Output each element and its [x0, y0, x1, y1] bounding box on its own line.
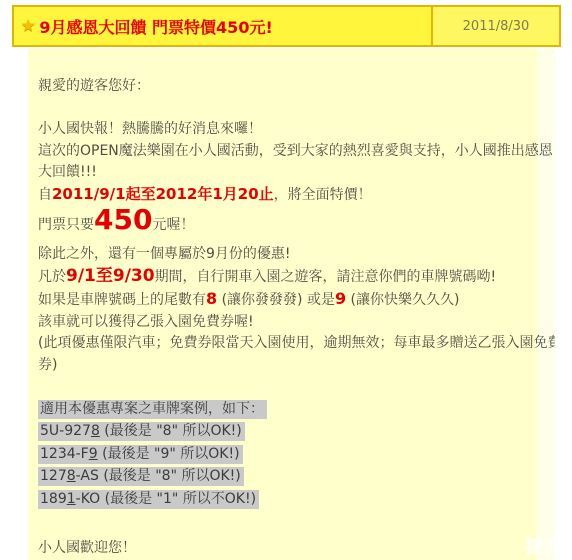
news-text-1: 小人國快報！熱騰騰的好消息來囉！	[38, 121, 262, 137]
plate-example-1: 5U-9278 (最後是 "8" 所以OK!)	[38, 422, 245, 441]
news-text-2a: 這次的OPEN魔法樂園在小人國活動，受到大家的熱烈喜愛與支持，小人國推出感恩	[38, 143, 553, 159]
plate-underlined-digit: 8	[67, 468, 76, 484]
examples-title-line: 適用本優惠專案之車牌案例，如下：	[38, 398, 541, 421]
lucky-digit-9: 9	[335, 289, 346, 308]
plate-underlined-digit: 9	[89, 446, 98, 462]
examples-title: 適用本優惠專案之車牌案例，如下：	[38, 400, 267, 419]
news-text-2b: 大回饋!!!	[38, 164, 97, 180]
news-line-2a: 這次的OPEN魔法樂園在小人國活動，受到大家的熱烈喜愛與支持，小人國推出感恩	[38, 141, 541, 163]
news-line-2b: 大回饋!!!	[38, 162, 541, 184]
promo-3-a: 如果是車牌號碼上的尾數有	[38, 292, 206, 308]
plate-text: 189	[40, 491, 67, 507]
star-icon: ★	[21, 18, 35, 34]
promo-line-2: 凡於9/1至9/30期間，自行開車入園之遊客，請注意你們的車牌號碼呦!	[38, 266, 541, 289]
plate-example-row: 1234-F9 (最後是 "9" 所以OK!)	[38, 443, 541, 466]
promo-3-c: (讓你快樂久久久)	[346, 292, 459, 308]
blank-line	[38, 98, 541, 120]
promo-line-1: 除此之外，還有一個專屬於9月份的優惠!	[38, 244, 541, 266]
plate-text: 127	[40, 468, 67, 484]
spacer	[38, 510, 541, 538]
period-suffix: ，將全面特價！	[274, 187, 372, 203]
note-text-1: (此項優惠僅限汽車；免費券限當天入園使用，逾期無效；每車最多贈送乙張入園免費	[38, 335, 555, 351]
plate-text: -KO	[76, 491, 101, 507]
promo-3-b: (讓你發發發) 或是	[217, 292, 335, 308]
plate-underlined-digit: 1	[67, 491, 76, 507]
note-text-2: 券)	[38, 357, 57, 373]
note-line-1: (此項優惠僅限汽車；免費券限當天入園使用，逾期無效；每車最多贈送乙張入園免費	[38, 333, 541, 355]
closing-line: 小人國歡迎您！	[38, 538, 541, 560]
plate-example-row: 5U-9278 (最後是 "8" 所以OK!)	[38, 420, 541, 443]
plate-example-row: 1891-KO (最後是 "1" 所以不OK!)	[38, 488, 541, 511]
note-line-2: 券)	[38, 355, 541, 377]
price-value: 450	[94, 206, 152, 234]
plate-example-row: 1278-AS (最後是 "8" 所以OK!)	[38, 465, 541, 488]
announcement-page: ★ 9月感恩大回饋 門票特價450元! 2011/8/30 親愛的遊客您好： 小…	[0, 0, 572, 560]
news-line-1: 小人國快報！熱騰騰的好消息來囉！	[38, 119, 541, 141]
price-line: 門票只要450元喔！	[38, 206, 541, 240]
plate-text: 5U-927	[40, 423, 91, 439]
plate-text: -AS	[76, 468, 99, 484]
plate-underlined-digit: 8	[91, 423, 100, 439]
plate-note: (最後是 "1" 所以不OK!)	[100, 491, 256, 507]
period-red-range: 2011/9/1起至2012年1月20止	[52, 185, 274, 203]
promo-2-red-range: 9/1至9/30	[66, 266, 155, 286]
promo-line-3: 如果是車牌號碼上的尾數有8 (讓你發發發) 或是9 (讓你快樂久久久)	[38, 288, 541, 312]
header-title-area: ★ 9月感恩大回饋 門票特價450元!	[14, 7, 431, 45]
price-prefix: 門票只要	[38, 208, 94, 242]
price-suffix: 元喔！	[152, 208, 194, 242]
plate-example-3: 1278-AS (最後是 "8" 所以OK!)	[38, 467, 244, 486]
plate-note: (最後是 "8" 所以OK!)	[99, 468, 241, 484]
greeting-text: 親愛的遊客您好：	[38, 78, 150, 94]
plate-example-4: 1891-KO (最後是 "1" 所以不OK!)	[38, 490, 259, 509]
announcement-header-bar: ★ 9月感恩大回饋 門票特價450元! 2011/8/30	[12, 5, 561, 47]
watermark-text: 捷克	[525, 537, 555, 559]
announcement-body: 親愛的遊客您好： 小人國快報！熱騰騰的好消息來囉！ 這次的OPEN魔法樂園在小人…	[28, 49, 555, 560]
closing-text: 小人國歡迎您！	[38, 540, 136, 556]
lucky-digit-8: 8	[206, 289, 217, 308]
blank-line	[38, 376, 541, 398]
plate-note: (最後是 "8" 所以OK!)	[100, 423, 242, 439]
plate-text: 1234-F	[40, 446, 89, 462]
announcement-date-cell: 2011/8/30	[431, 7, 559, 45]
promo-text-4: 該車就可以獲得乙張入園免費券喔!	[38, 314, 254, 330]
plate-note: (最後是 "9" 所以OK!)	[98, 446, 240, 462]
promo-2-prefix: 凡於	[38, 269, 66, 285]
promo-text-1: 除此之外，還有一個專屬於9月份的優惠!	[38, 246, 291, 262]
promo-2-suffix: 期間，自行開車入園之遊客，請注意你們的車牌號碼呦!	[155, 269, 497, 285]
greeting-line: 親愛的遊客您好：	[38, 76, 541, 98]
plate-example-2: 1234-F9 (最後是 "9" 所以OK!)	[38, 445, 243, 464]
announcement-title: 9月感恩大回饋 門票特價450元!	[39, 15, 272, 38]
announcement-date: 2011/8/30	[463, 19, 530, 34]
promo-line-4: 該車就可以獲得乙張入園免費券喔!	[38, 312, 541, 334]
period-prefix: 自	[38, 187, 52, 203]
